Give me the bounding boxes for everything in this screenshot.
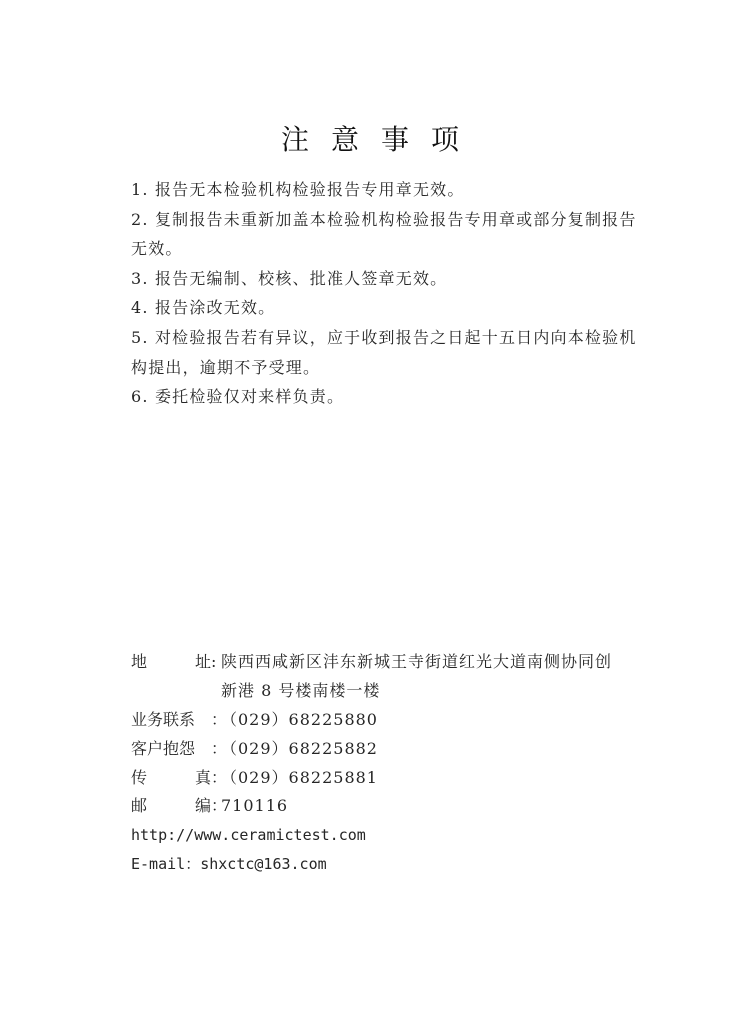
fax-label-char: 真 bbox=[195, 764, 211, 793]
email-label: E-mail bbox=[131, 855, 185, 873]
fax-label-char: 传 bbox=[131, 764, 147, 793]
notice-item: 2. 复制报告未重新加盖本检验机构检验报告专用章或部分复制报告无效。 bbox=[131, 205, 641, 264]
address-label-char: 地 bbox=[131, 648, 147, 677]
address-line-1: 陕西西咸新区沣东新城王寺街道红光大道南侧协同创 bbox=[221, 652, 612, 671]
postcode-label: 邮 编 bbox=[131, 792, 211, 821]
postcode-value: 710116 bbox=[221, 796, 288, 815]
complaint-phone: （029）68225882 bbox=[221, 739, 378, 758]
email-row: E-mail：shxctc@163.com bbox=[131, 850, 671, 879]
address-line-2: 新港 8 号楼南楼一楼 bbox=[221, 681, 380, 700]
website-link[interactable]: http://www.ceramictest.com bbox=[131, 826, 366, 844]
fax-label: 传 真 bbox=[131, 764, 211, 793]
notice-item: 5. 对检验报告若有异议，应于收到报告之日起十五日内向本检验机构提出，逾期不予受… bbox=[131, 323, 641, 382]
notice-item: 4. 报告涂改无效。 bbox=[131, 293, 641, 323]
fax-row: 传 真 ：（029）68225881 bbox=[131, 764, 671, 793]
notice-item: 6. 委托检验仅对来样负责。 bbox=[131, 382, 641, 412]
fax-number: （029）68225881 bbox=[221, 768, 378, 787]
postcode-label-char: 编 bbox=[195, 792, 211, 821]
colon: ： bbox=[211, 706, 221, 735]
colon: ： bbox=[185, 855, 200, 873]
colon: ： bbox=[211, 764, 221, 793]
colon: : bbox=[211, 648, 221, 677]
email-link[interactable]: shxctc@163.com bbox=[200, 855, 326, 873]
address-label-char: 址 bbox=[195, 648, 211, 677]
complaint-row: 客户抱怨：（029）68225882 bbox=[131, 735, 671, 764]
address-label: 地 址 bbox=[131, 648, 211, 677]
business-phone: （029）68225880 bbox=[221, 710, 378, 729]
address-row-2: 新港 8 号楼南楼一楼 bbox=[131, 677, 671, 706]
contact-info: 地 址 :陕西西咸新区沣东新城王寺街道红光大道南侧协同创 新港 8 号楼南楼一楼… bbox=[131, 648, 671, 879]
page-title: 注意事项 bbox=[0, 118, 750, 158]
website-row: http://www.ceramictest.com bbox=[131, 821, 671, 850]
complaint-label: 客户抱怨 bbox=[131, 735, 211, 764]
notice-list: 1. 报告无本检验机构检验报告专用章无效。 2. 复制报告未重新加盖本检验机构检… bbox=[131, 175, 641, 412]
address-row: 地 址 :陕西西咸新区沣东新城王寺街道红光大道南侧协同创 bbox=[131, 648, 671, 677]
notice-item: 1. 报告无本检验机构检验报告专用章无效。 bbox=[131, 175, 641, 205]
colon: ： bbox=[211, 792, 221, 821]
notice-item: 3. 报告无编制、校核、批准人签章无效。 bbox=[131, 264, 641, 294]
business-label: 业务联系 bbox=[131, 706, 211, 735]
business-contact-row: 业务联系：（029）68225880 bbox=[131, 706, 671, 735]
postcode-label-char: 邮 bbox=[131, 792, 147, 821]
colon: ： bbox=[211, 735, 221, 764]
postcode-row: 邮 编 ：710116 bbox=[131, 792, 671, 821]
